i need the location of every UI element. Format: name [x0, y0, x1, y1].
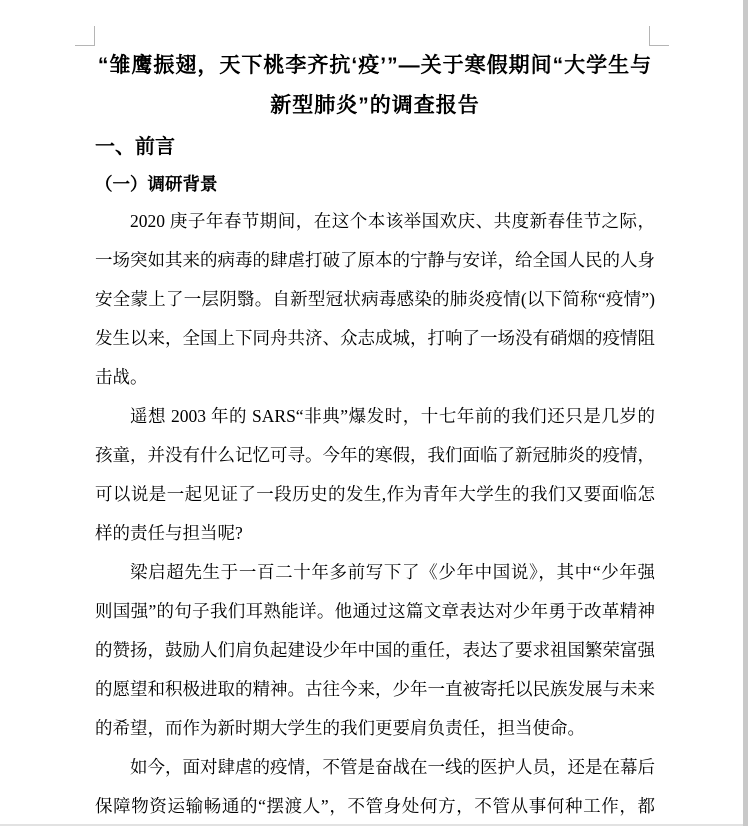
doc-title-line: “雏鹰振翅，天下桃李齐抗‘疫’”—关于寒假期间“大学生与 [95, 46, 655, 86]
margin-crop-mark-top-left [75, 26, 95, 46]
paragraph-line: 可以说是一起见证了一段历史的发生,作为青年大学生的我们又要面临怎 [95, 475, 655, 514]
paragraph-line: 安全蒙上了一层阴翳。自新型冠状病毒感染的肺炎疫情(以下简称“疫情”) [95, 280, 655, 319]
doc-title: “雏鹰振翅，天下桃李齐抗‘疫’”—关于寒假期间“大学生与新型肺炎”的调查报告 [95, 46, 655, 126]
paragraph-line: 的赞扬，鼓励人们肩负起建设少年中国的重任，表达了要求祖国繁荣富强 [95, 631, 655, 670]
paragraph-line: 发生以来，全国上下同舟共济、众志成城，打响了一场没有硝烟的疫情阻 [95, 319, 655, 358]
paragraph-line: 如今，面对肆虐的疫情，不管是奋战在一线的医护人员，还是在幕后 [95, 748, 655, 787]
document-page: “雏鹰振翅，天下桃李齐抗‘疫’”—关于寒假期间“大学生与新型肺炎”的调查报告 一… [0, 0, 748, 826]
section-heading: 一、前言 [95, 133, 655, 161]
margin-crop-mark-top-right [649, 26, 669, 46]
paragraph-line: 的愿望和积极进取的精神。古往今来，少年一直被寄托以民族发展与未来 [95, 670, 655, 709]
document-content: “雏鹰振翅，天下桃李齐抗‘疫’”—关于寒假期间“大学生与新型肺炎”的调查报告 一… [95, 46, 655, 826]
paragraph-line: 的希望，而作为新时期大学生的我们更要肩负责任，担当使命。 [95, 709, 655, 748]
subsection-heading: （一）调研背景 [95, 171, 655, 197]
window-right-edge-strip [743, 0, 748, 826]
paragraph-line: 则国强”的句子我们耳熟能详。他通过这篇文章表达对少年勇于改革精神 [95, 592, 655, 631]
paragraph-line: 孩童，并没有什么记忆可寻。今年的寒假，我们面临了新冠肺炎的疫情， [95, 436, 655, 475]
paragraph-line: 2020 庚子年春节期间，在这个本该举国欢庆、共度新春佳节之际， [95, 202, 655, 241]
paragraph-line: 遥想 2003 年的 SARS“非典”爆发时，十七年前的我们还只是几岁的 [95, 397, 655, 436]
paragraph-line: 保障物资运输畅通的“摆渡人”，不管身处何方，不管从事何种工作，都 [95, 787, 655, 826]
doc-title-line: 新型肺炎”的调查报告 [95, 86, 655, 126]
paragraph-line: 梁启超先生于一百二十年多前写下了《少年中国说》，其中“少年强 [95, 553, 655, 592]
paragraph-line: 一场突如其来的病毒的肆虐打破了原本的宁静与安详，给全国人民的人身 [95, 241, 655, 280]
doc-body: 2020 庚子年春节期间，在这个本该举国欢庆、共度新春佳节之际，一场突如其来的病… [95, 202, 655, 826]
paragraph-line: 击战。 [95, 358, 655, 397]
paragraph-line: 样的责任与担当呢? [95, 514, 655, 553]
